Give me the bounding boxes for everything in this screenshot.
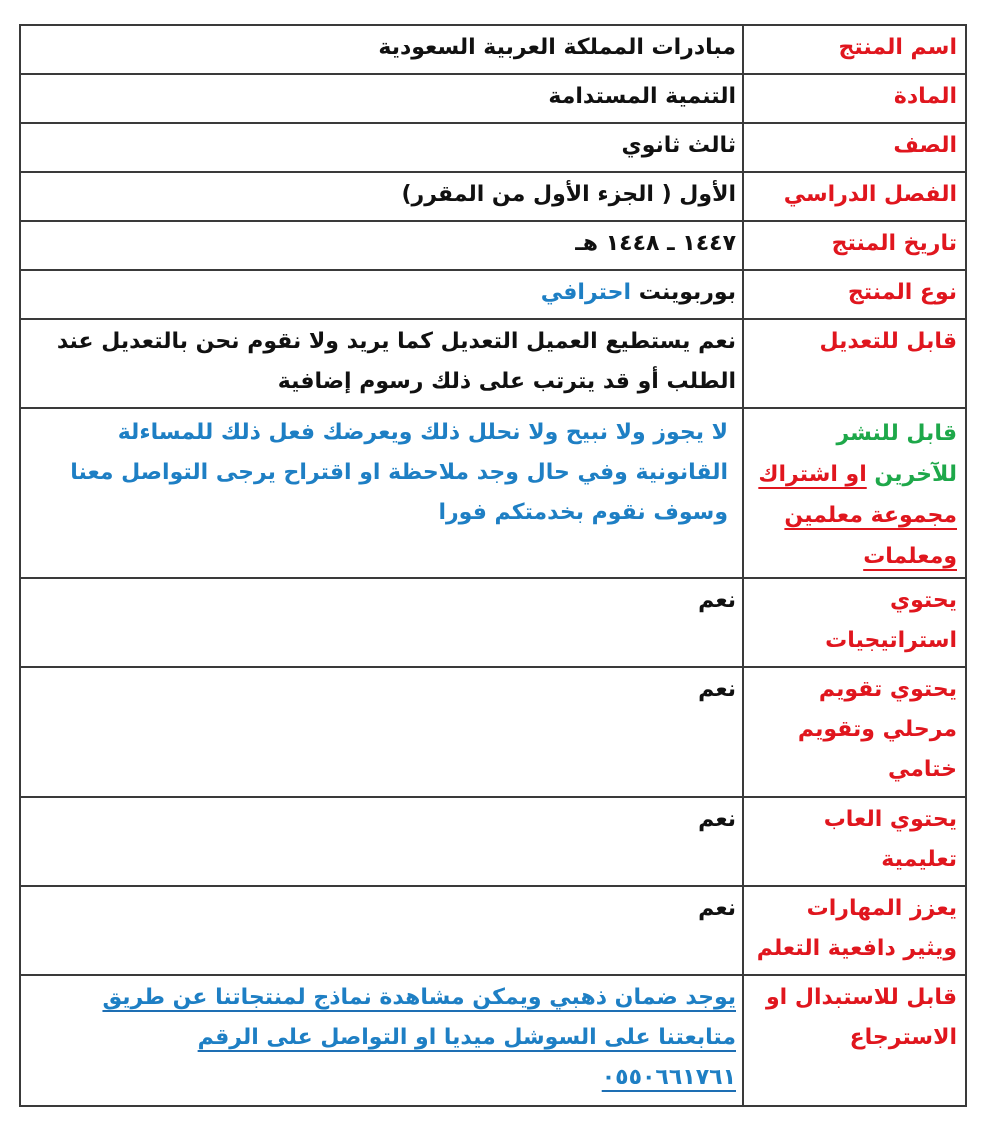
returns-phone[interactable]: ٠٥٥٠٦٦١٧٦١ <box>602 1065 736 1090</box>
label-product-name: اسم المنتج <box>742 26 965 73</box>
label-subject: المادة <box>742 75 965 122</box>
row-assessment: يحتوي تقويم مرحلي وتقويم ختامي نعم <box>21 668 965 798</box>
product-type-prefix: بوربوينت <box>639 280 736 305</box>
row-semester: الفصل الدراسي الأول ( الجزء الأول من الم… <box>21 173 965 222</box>
row-strategies: يحتوي استراتيجيات نعم <box>21 579 965 668</box>
value-games: نعم <box>21 798 742 885</box>
value-returns: يوجد ضمان ذهبي ويمكن مشاهدة نماذج لمنتجا… <box>21 976 742 1105</box>
row-editable: قابل للتعديل نعم يستطيع العميل التعديل ك… <box>21 320 965 409</box>
value-assessment: نعم <box>21 668 742 796</box>
value-product-date: ١٤٤٧ ـ ١٤٤٨ هـ <box>21 222 742 269</box>
label-publishing: قابل للنشر للآخرين او اشتراك مجموعة معلم… <box>742 409 965 577</box>
row-publishing: قابل للنشر للآخرين او اشتراك مجموعة معلم… <box>21 409 965 579</box>
value-product-type: بوربوينت احترافي <box>21 271 742 318</box>
row-returns: قابل للاستبدال او الاسترجاع يوجد ضمان ذه… <box>21 976 965 1105</box>
value-strategies: نعم <box>21 579 742 666</box>
value-editable: نعم يستطيع العميل التعديل كما يريد ولا ن… <box>21 320 742 407</box>
row-games: يحتوي العاب تعليمية نعم <box>21 798 965 887</box>
label-games: يحتوي العاب تعليمية <box>742 798 965 885</box>
label-product-date: تاريخ المنتج <box>742 222 965 269</box>
row-subject: المادة التنمية المستدامة <box>21 75 965 124</box>
returns-text: يوجد ضمان ذهبي ويمكن مشاهدة نماذج لمنتجا… <box>102 985 736 1050</box>
row-product-name: اسم المنتج مبادرات المملكة العربية السعو… <box>21 26 965 75</box>
label-returns: قابل للاستبدال او الاسترجاع <box>742 976 965 1105</box>
product-type-highlight: احترافي <box>541 280 631 305</box>
label-semester: الفصل الدراسي <box>742 173 965 220</box>
value-subject: التنمية المستدامة <box>21 75 742 122</box>
label-product-type: نوع المنتج <box>742 271 965 318</box>
label-skills: يعزز المهارات ويثير دافعية التعلم <box>742 887 965 974</box>
product-info-table: اسم المنتج مبادرات المملكة العربية السعو… <box>19 24 967 1107</box>
value-product-name: مبادرات المملكة العربية السعودية <box>21 26 742 73</box>
label-grade: الصف <box>742 124 965 171</box>
value-skills: نعم <box>21 887 742 974</box>
label-editable: قابل للتعديل <box>742 320 965 407</box>
value-publishing: لا يجوز ولا نبيح ولا نحلل ذلك ويعرضك فعل… <box>21 409 742 577</box>
label-assessment: يحتوي تقويم مرحلي وتقويم ختامي <box>742 668 965 796</box>
row-skills: يعزز المهارات ويثير دافعية التعلم نعم <box>21 887 965 976</box>
value-semester: الأول ( الجزء الأول من المقرر) <box>21 173 742 220</box>
row-grade: الصف ثالث ثانوي <box>21 124 965 173</box>
value-grade: ثالث ثانوي <box>21 124 742 171</box>
row-product-type: نوع المنتج بوربوينت احترافي <box>21 271 965 320</box>
row-product-date: تاريخ المنتج ١٤٤٧ ـ ١٤٤٨ هـ <box>21 222 965 271</box>
label-strategies: يحتوي استراتيجيات <box>742 579 965 666</box>
